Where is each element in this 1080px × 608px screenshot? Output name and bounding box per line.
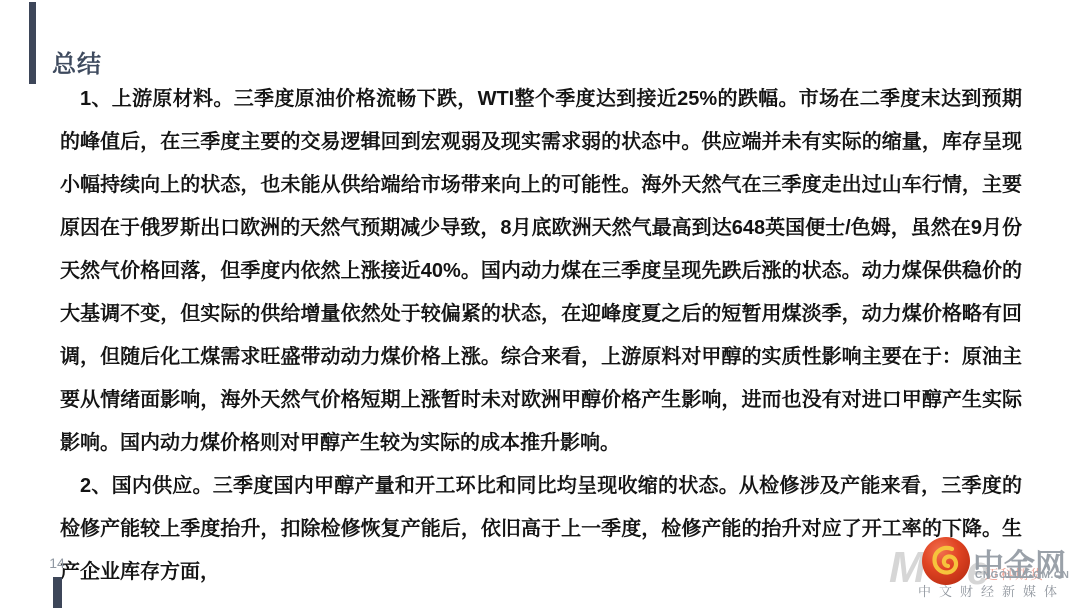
paragraph-domestic-supply: 2、国内供应。三季度国内甲醇产量和开工环比和同比均呈现收缩的状态。从检修涉及产能…: [60, 465, 1022, 594]
cngold-logo: M e 迈科期货 中金网 CNGOLD.COM.CN 中文财经新媒体: [885, 533, 1075, 603]
paragraph-upstream-materials: 1、上游原材料。三季度原油价格流畅下跌，WTI整个季度达到接近25%的跌幅。市场…: [60, 78, 1022, 465]
page-number: 14: [44, 555, 70, 571]
logo-tagline-text: 中文财经新媒体: [918, 581, 1065, 600]
title-accent-bar: [29, 2, 36, 84]
footer-accent-bar: [53, 577, 62, 608]
slide-body: 1、上游原材料。三季度原油价格流畅下跌，WTI整个季度达到接近25%的跌幅。市场…: [60, 78, 1022, 594]
presentation-slide: 总结 1、上游原材料。三季度原油价格流畅下跌，WTI整个季度达到接近25%的跌幅…: [0, 0, 1080, 608]
logo-domain-text: CNGOLD.COM.CN: [975, 570, 1069, 581]
slide-title: 总结: [52, 44, 102, 79]
red-gold-swirl-icon: [921, 536, 971, 586]
